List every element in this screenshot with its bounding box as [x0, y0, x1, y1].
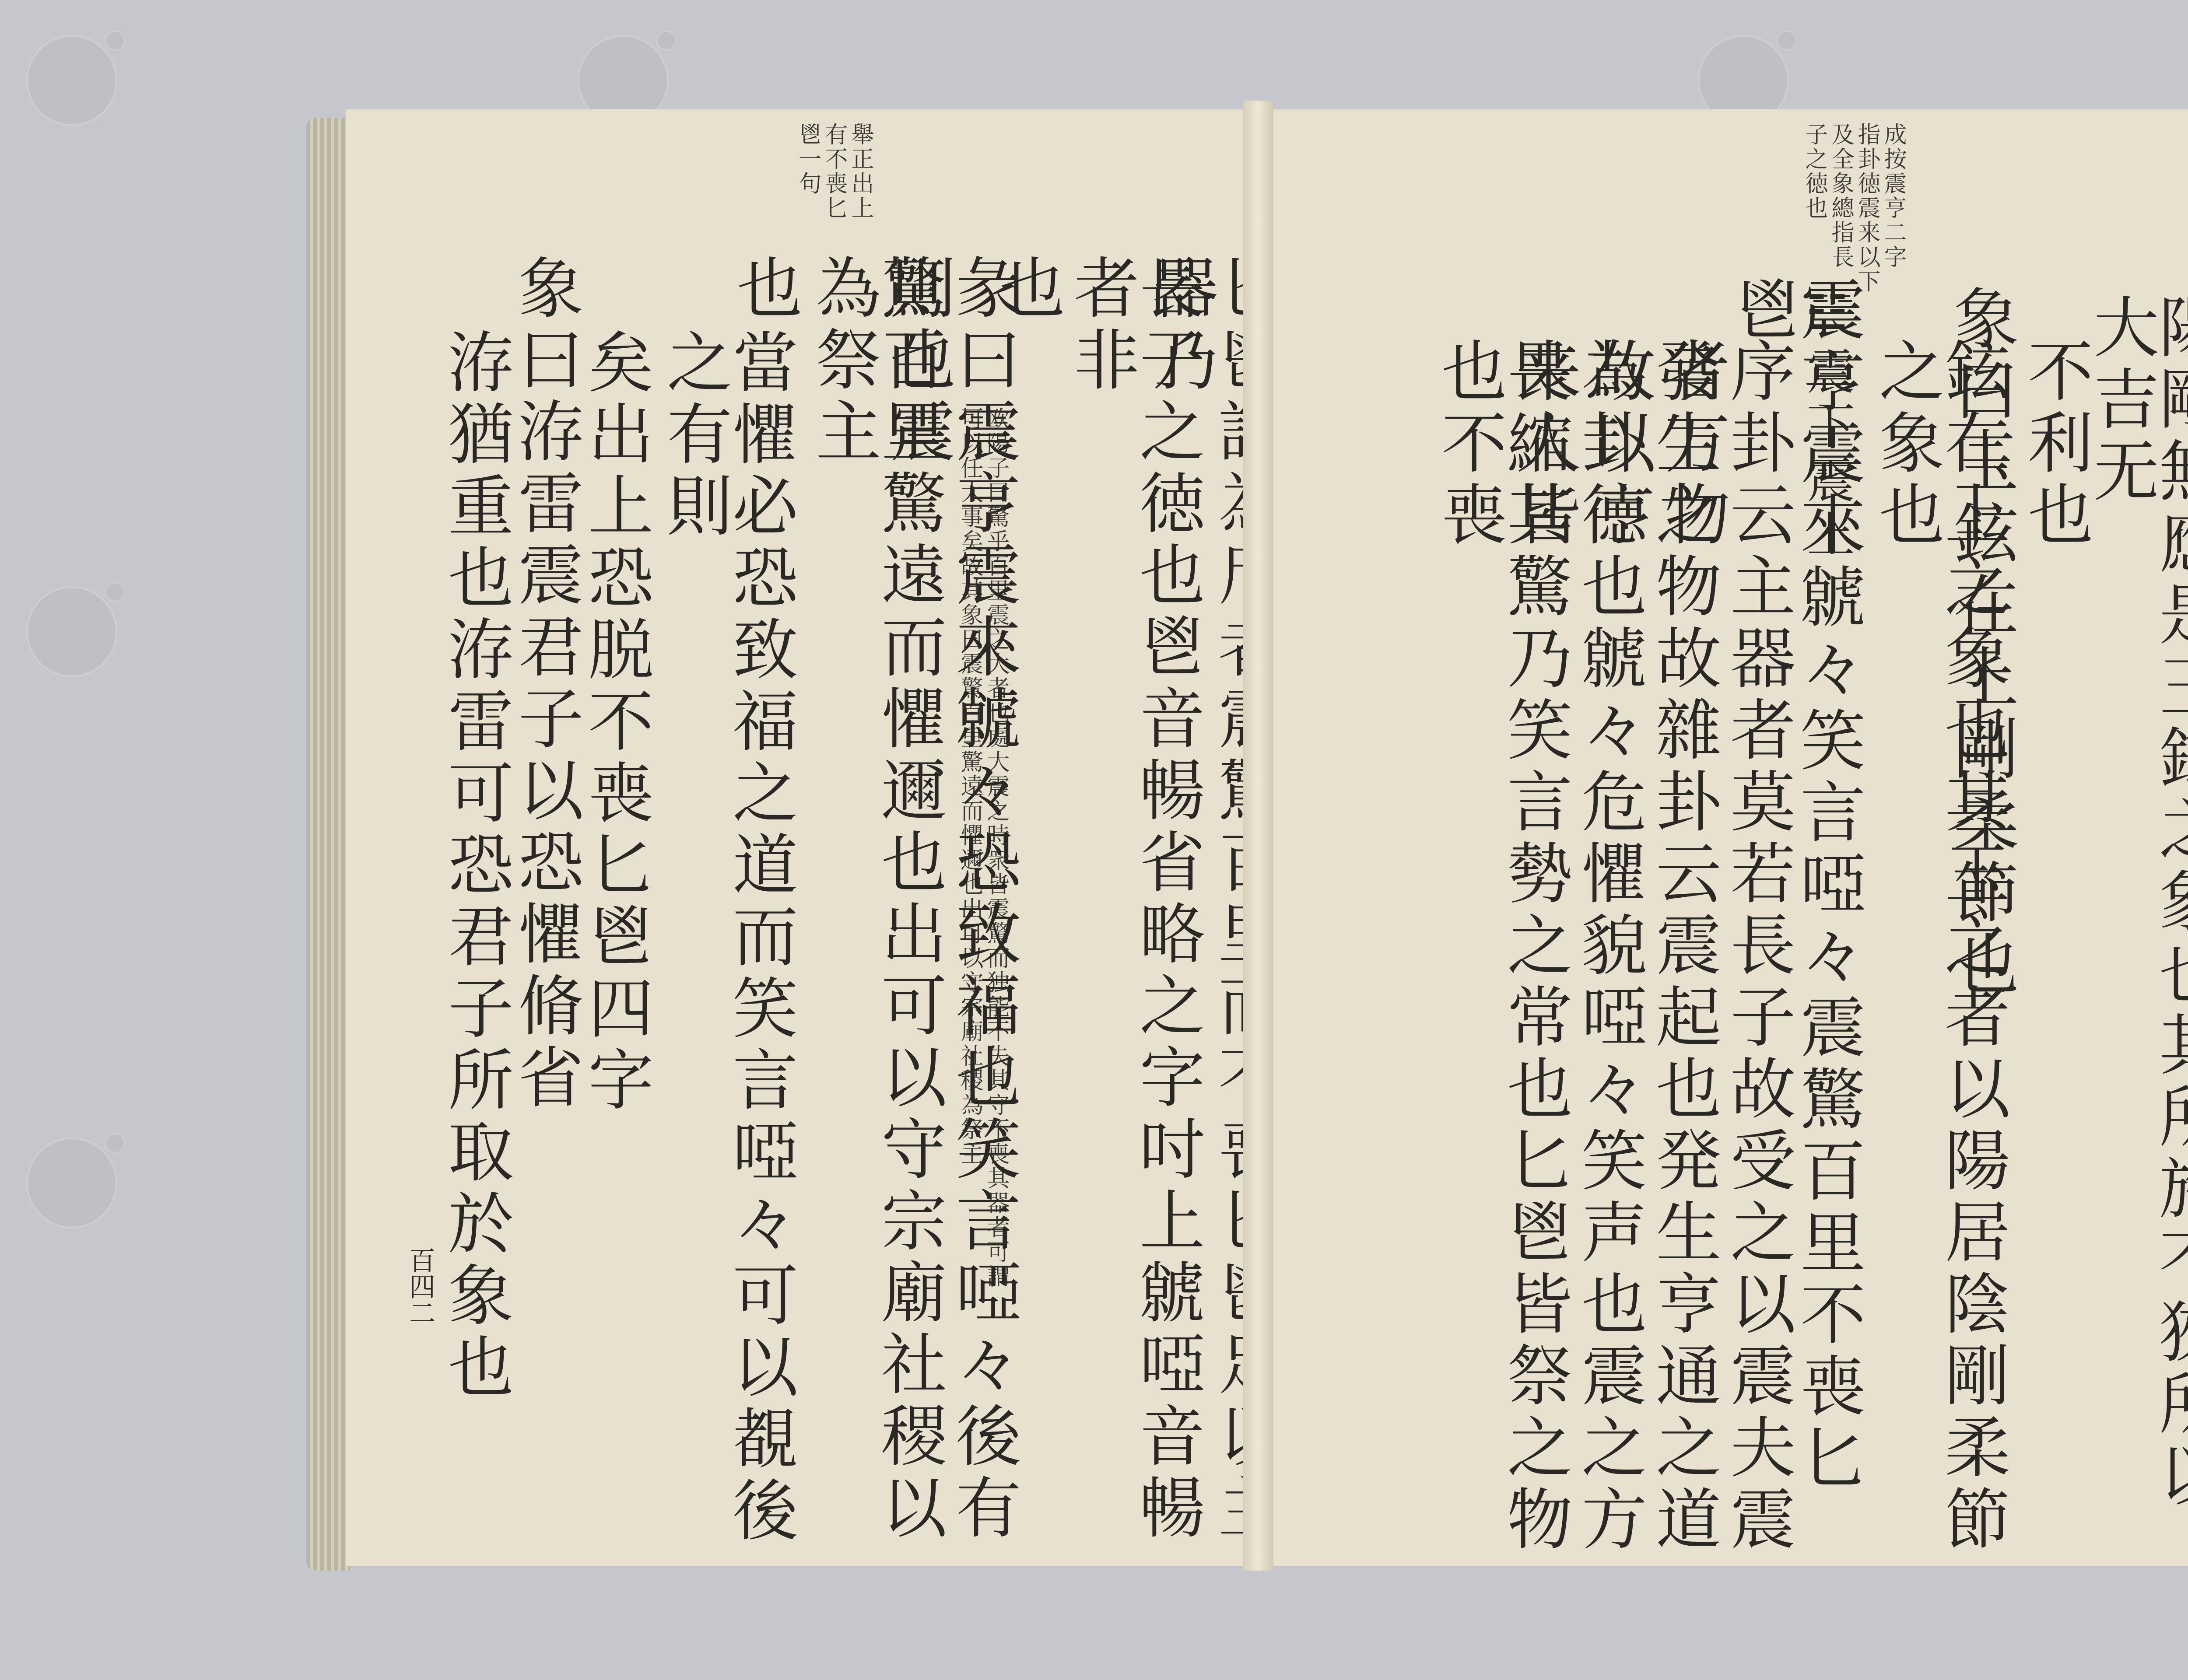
- left-note-0: 舉正出上: [849, 122, 872, 220]
- left-note-2: 鬯一句: [796, 122, 819, 196]
- right-col-9: 畏縮其驚乃笑言勢之常也匕鬯皆祭之物也不喪: [1435, 337, 1567, 1566]
- right-note-1: 指卦徳震来以下: [1855, 122, 1878, 294]
- left-col-8: 當懼必恐致福之道而笑言啞々可以覩後之有則: [661, 328, 792, 1566]
- left-col-7: 也: [731, 254, 796, 325]
- left-col-9: 矣出上恐脱不喪匕鬯四字: [582, 328, 648, 1117]
- left-col-10: 象曰洊雷震君子以恐懼脩省: [512, 254, 578, 1115]
- watermark-logo-icon: [18, 1120, 123, 1225]
- right-note-0: 成按震亨二字: [1882, 122, 1904, 269]
- open-book: 舉正出上 有不喪匕 鬯一句 匕鬯謂為尸者震驚百里而不喪匕鬯足以主器乃 長子之徳也…: [306, 101, 2188, 1584]
- right-note-3: 子之徳也: [1803, 122, 1826, 220]
- watermark-logo-icon: [18, 17, 123, 122]
- right-col-1: 不利也: [2022, 337, 2087, 552]
- right-col-0: 陽剛無應是王鉉之象也其所施不狹所以大吉无: [2087, 293, 2188, 1566]
- page-number: 百四二: [407, 1247, 433, 1326]
- book-spine: [1243, 101, 1273, 1571]
- left-col-11: 洊猶重也洊雷可恐君子所取於象也: [442, 328, 508, 1404]
- right-note-2: 及全象總指長: [1829, 122, 1852, 269]
- watermark-logo-icon: [18, 569, 123, 674]
- left-page: 舉正出上 有不喪匕 鬯一句 匕鬯謂為尸者震驚百里而不喪匕鬯足以主器乃 長子之徳也…: [346, 109, 1254, 1566]
- left-col-1: 長子之徳也鬯音暢省略之字吋上虩啞音暢者非: [1068, 254, 1199, 1566]
- page-edge-left: [306, 118, 350, 1571]
- left-note-1: 有不喪匕: [823, 122, 845, 220]
- right-page: 成按震亨二字 指卦徳震来以下 及全象總指長 子之徳也 陽剛無應是王鉉之象也其所施…: [1256, 109, 2188, 1566]
- right-col-3: 鉉在上之象也其玉之者以陽居陰剛柔節之象也: [1873, 337, 2004, 1566]
- left-col-6: 驚百里驚遠而懼邇也出可以守宗廟社稷以為祭主: [810, 254, 941, 1566]
